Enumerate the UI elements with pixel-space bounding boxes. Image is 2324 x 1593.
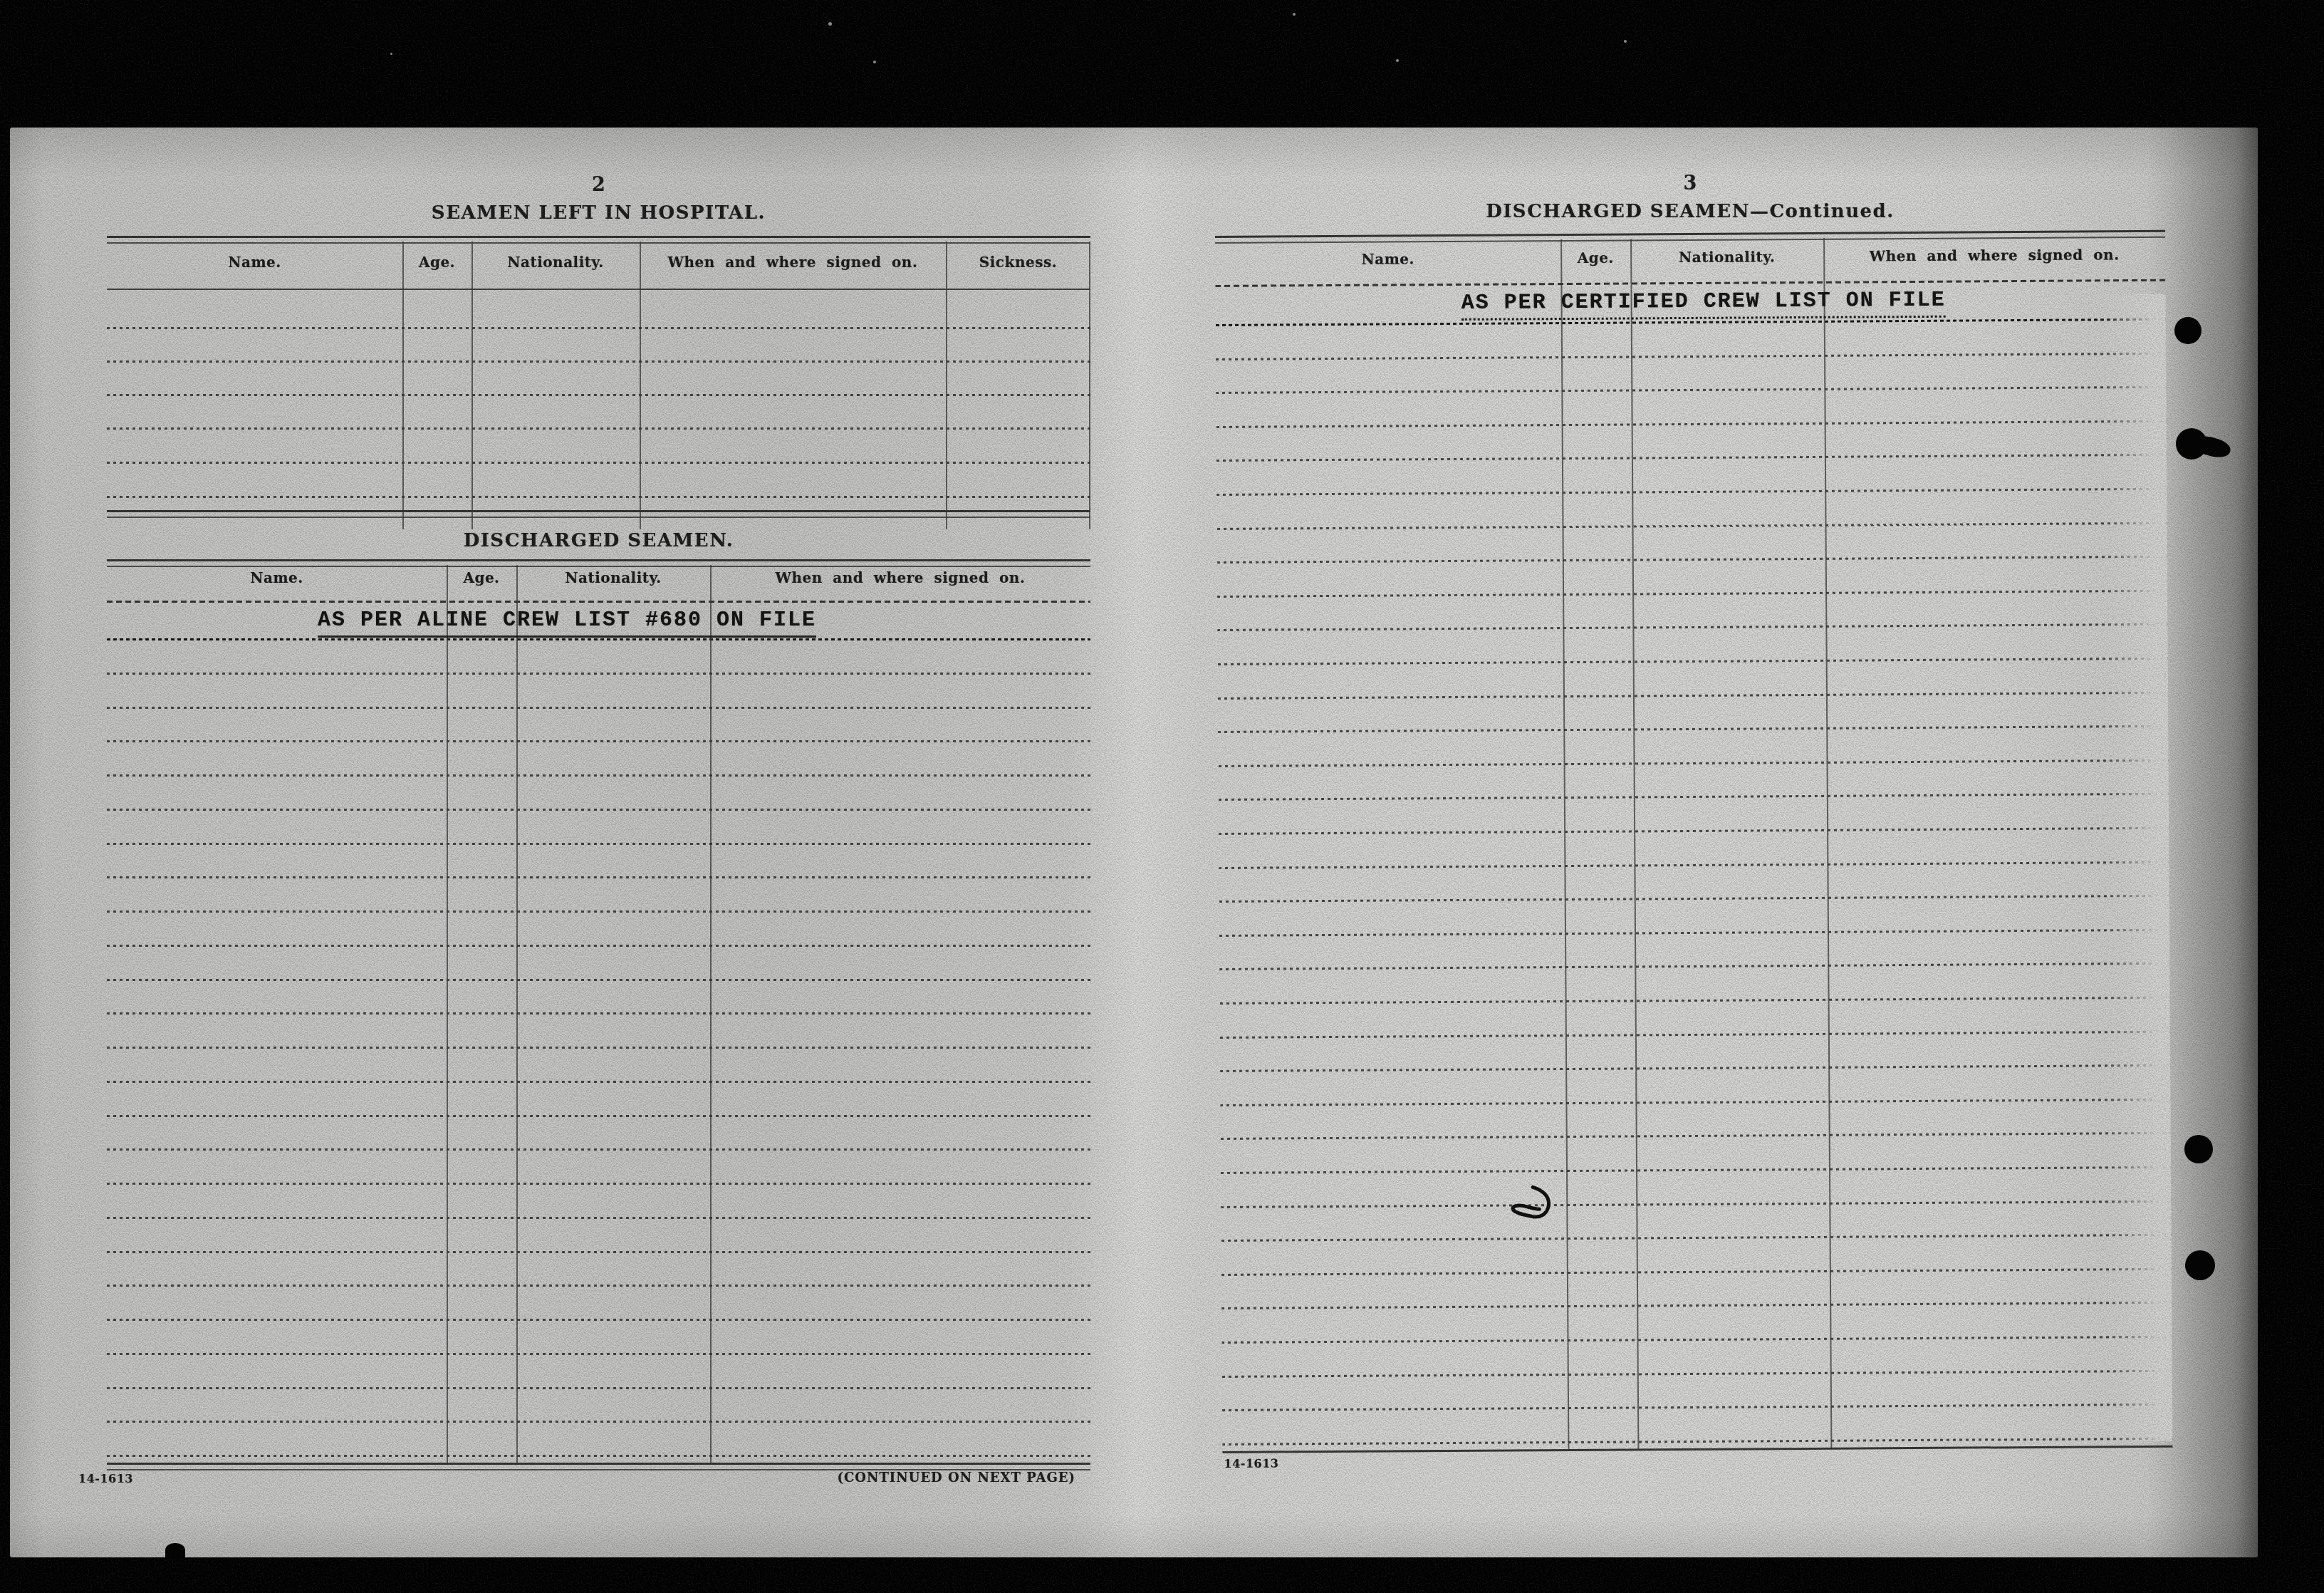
column-header-signed-on: When and where signed on. <box>1823 246 2165 265</box>
column-rule <box>640 242 641 529</box>
row-rule <box>1221 1132 2171 1140</box>
row-rule <box>107 1455 1090 1457</box>
right-page-number: 3 <box>1215 172 2165 194</box>
column-header-nationality: Nationality. <box>516 569 710 586</box>
column-header-age: Age. <box>447 569 516 586</box>
scanned-crew-list-document: { "document": { "left_page": { "page_num… <box>0 0 2324 1593</box>
pen-squiggle-mark <box>1504 1181 1568 1226</box>
hospital-table: Name. Age. Nationality. When and where s… <box>107 236 1090 518</box>
dust-speck <box>1624 40 1627 43</box>
row-rule <box>107 1081 1090 1083</box>
left-page-number: 2 <box>107 174 1090 196</box>
row-rule <box>1218 658 2168 665</box>
row-rule <box>107 979 1090 981</box>
row-rule <box>1219 861 2169 869</box>
row-rule <box>1217 590 2167 598</box>
row-rule <box>1217 522 2167 530</box>
typed-crew-list-stamp: AS PER CERTIFIED CREW LIST ON FILE <box>1461 289 1945 321</box>
column-rule <box>402 242 404 529</box>
column-header-age: Age. <box>402 254 471 271</box>
row-rule <box>1219 895 2169 903</box>
row-rule <box>107 1217 1090 1219</box>
punch-hole <box>2184 1135 2213 1163</box>
dust-speck <box>828 22 832 26</box>
row-rule <box>1216 318 2166 326</box>
row-rule <box>107 876 1090 878</box>
row-rule <box>107 809 1090 811</box>
row-rule <box>107 1387 1090 1389</box>
column-header-signed-on: When and where signed on. <box>640 254 946 271</box>
row-rule <box>107 1115 1090 1117</box>
column-header-nationality: Nationality. <box>1630 248 1823 266</box>
row-rule <box>107 327 1090 329</box>
typed-crew-list-stamp: AS PER ALINE CREW LIST #680 ON FILE <box>318 608 816 638</box>
punch-hole <box>2185 1250 2215 1280</box>
row-rule <box>107 1421 1090 1423</box>
row-rule <box>1221 1234 2172 1242</box>
dust-speck <box>390 53 392 55</box>
row-rule <box>1219 827 2169 835</box>
row-rule <box>107 945 1090 947</box>
left-form-number: 14-1613 <box>78 1472 133 1485</box>
row-rule <box>1221 1166 2171 1174</box>
dust-speck <box>873 61 876 63</box>
column-header-name: Name. <box>107 569 447 586</box>
row-rule <box>1219 929 2169 937</box>
table-bottom-rule <box>107 1463 1090 1470</box>
column-header-sickness: Sickness. <box>946 254 1090 271</box>
row-rule <box>1220 1064 2170 1072</box>
table-bottom-rule <box>107 510 1090 518</box>
header-bottom-rule <box>107 601 1090 603</box>
row-rule <box>1216 488 2167 496</box>
row-rule <box>1219 962 2169 970</box>
table-bottom-rule <box>1222 1446 2172 1453</box>
row-rule <box>1217 556 2167 564</box>
row-rule <box>1220 1099 2170 1106</box>
row-rule <box>1221 1200 2171 1208</box>
column-header-age: Age. <box>1560 249 1630 266</box>
column-header-signed-on: When and where signed on. <box>710 569 1090 586</box>
row-rule <box>107 910 1090 913</box>
row-rule <box>1222 1370 2172 1378</box>
row-rule <box>1222 1403 2172 1411</box>
column-rule <box>710 565 712 1464</box>
row-rule <box>107 774 1090 777</box>
row-rule <box>1221 1302 2172 1309</box>
row-rule <box>107 360 1090 363</box>
column-header-nationality: Nationality. <box>471 254 640 271</box>
row-rule <box>1220 1031 2170 1039</box>
row-rule <box>107 707 1090 709</box>
column-rule <box>1823 238 1832 1449</box>
row-rule <box>107 427 1090 430</box>
punch-hole <box>2174 317 2201 344</box>
discharged-continued-table: Name. Age. Nationality. When and where s… <box>1215 230 2173 1475</box>
row-rule <box>1219 759 2169 767</box>
continuation-note: (CONTINUED ON NEXT PAGE) <box>748 1470 1075 1485</box>
column-rule <box>1560 239 1569 1451</box>
row-rule <box>1221 1268 2172 1276</box>
row-rule <box>1218 725 2168 733</box>
row-rule <box>107 1012 1090 1015</box>
column-rule <box>471 242 473 529</box>
hospital-table-title: SEAMEN LEFT IN HOSPITAL. <box>107 202 1090 224</box>
row-rule <box>1218 692 2168 700</box>
row-rule <box>107 496 1090 498</box>
dust-speck <box>1293 13 1296 16</box>
row-rule <box>107 1319 1090 1321</box>
row-rule <box>1216 454 2167 462</box>
header-bottom-rule <box>1215 279 2165 287</box>
header-bottom-rule <box>107 289 1090 290</box>
row-rule <box>107 673 1090 675</box>
right-form-number: 14-1613 <box>1224 1456 1278 1470</box>
discharged-table-title: DISCHARGED SEAMEN. <box>107 530 1090 551</box>
dust-speck <box>1396 59 1399 62</box>
row-rule <box>107 1047 1090 1049</box>
column-rule <box>946 242 947 529</box>
paper-bottom-shadow <box>10 1515 2258 1557</box>
row-rule <box>107 638 1090 640</box>
row-rule <box>1222 1438 2172 1446</box>
row-rule <box>1216 353 2166 360</box>
row-rule <box>107 1148 1090 1151</box>
row-rule <box>107 1251 1090 1253</box>
row-rule <box>1216 420 2167 428</box>
row-rule <box>107 394 1090 396</box>
column-rule <box>1630 239 1639 1450</box>
row-rule <box>107 1285 1090 1287</box>
row-rule <box>1220 997 2170 1005</box>
table-top-rule <box>107 236 1090 244</box>
discharged-table: Name. Age. Nationality. When and where s… <box>107 559 1090 1471</box>
paper-top-shadow <box>10 128 2258 177</box>
row-rule <box>107 462 1090 464</box>
column-header-name: Name. <box>107 254 402 271</box>
row-rule <box>1219 793 2169 801</box>
row-rule <box>1217 623 2167 631</box>
row-rule <box>1221 1336 2172 1344</box>
discharged-continued-title: DISCHARGED SEAMEN—Continued. <box>1215 201 2165 222</box>
paper-edge-notch <box>165 1543 185 1559</box>
column-rule <box>516 565 518 1464</box>
column-rule <box>447 565 448 1464</box>
table-top-rule <box>107 559 1090 567</box>
row-rule <box>107 1353 1090 1355</box>
row-rule <box>107 843 1090 845</box>
line-fade-overlay <box>2102 294 2173 1442</box>
column-rule <box>1089 242 1090 529</box>
row-rule <box>107 740 1090 742</box>
row-rule <box>1216 386 2166 394</box>
row-rule <box>107 1183 1090 1185</box>
column-header-name: Name. <box>1215 249 1560 269</box>
